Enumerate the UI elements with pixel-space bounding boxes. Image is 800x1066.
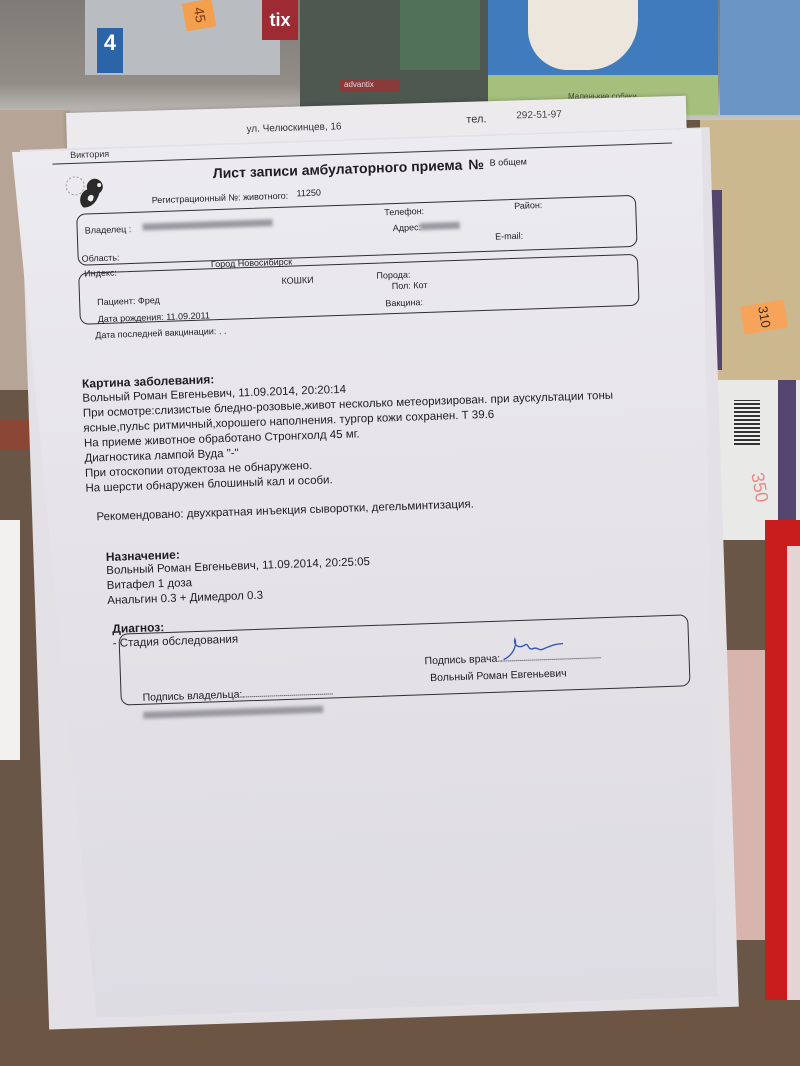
email-label: E-mail: (495, 231, 523, 242)
registration-label: Регистрационный №: животного: (152, 191, 289, 206)
last-vaccination-value: . . (219, 326, 227, 336)
clinic-phone-label: тел. (466, 113, 486, 126)
birth-date-value: 11.09.2011 (166, 310, 210, 321)
region-label: Область: (82, 252, 120, 263)
species-value: КОШКИ (281, 275, 313, 286)
visit-category: В общем (489, 156, 526, 167)
red-display-frame (765, 520, 800, 1066)
product-box-white (712, 380, 800, 540)
brand-logo: tix (262, 0, 298, 40)
clinic-address: ул. Челюскинцев, 16 (246, 121, 341, 135)
document-title-text: Лист записи амбулаторного приема (213, 157, 463, 181)
last-vaccination-label: Дата последней вакцинации: (95, 326, 216, 340)
sex-label: Пол: (392, 281, 411, 292)
pack-count-badge: 4 (97, 28, 123, 73)
birth-date-label: Дата рождения: (98, 312, 164, 324)
registration-number: 11250 (296, 188, 321, 199)
document-number-sign: № (468, 156, 484, 173)
product-label: advantix (340, 80, 400, 92)
prescription-line: Витафел 1 доза (107, 577, 193, 592)
doctor-signature-icon (499, 633, 570, 663)
left-shelf-white (0, 520, 20, 760)
prescription-title: Назначение: (106, 548, 180, 565)
owner-label: Владелец : (85, 224, 132, 236)
document-title: Лист записи амбулаторного приема№ (213, 156, 485, 181)
clinic-phone-value: 292-51-97 (516, 109, 562, 121)
breed-label: Порода: (376, 270, 410, 281)
vaccine-label: Вакцина: (385, 297, 423, 308)
clinical-line: Диагностика лампой Вуда "-" (84, 447, 239, 464)
red-frame-inner (787, 546, 800, 1066)
patient-name: Пациент: Фред (97, 295, 160, 307)
address-label: Адрес: (393, 222, 422, 233)
address-redacted (420, 220, 460, 231)
sex-value: Кот (413, 280, 428, 290)
dog-image (528, 0, 638, 70)
squirrel-logo-icon (63, 169, 115, 217)
district-label: Район: (514, 200, 543, 211)
product-stripe (778, 380, 796, 540)
front-sheet: Виктория Лист записи амбулаторного прием… (12, 129, 731, 1020)
patient-name-value: Фред (138, 295, 160, 306)
prescription-line: Анальгин 0.3 + Димедрол 0.3 (107, 590, 263, 607)
owner-signature-line (242, 693, 332, 697)
last-vaccination: Дата последней вакцинации: . . (95, 326, 226, 340)
barcode (734, 400, 760, 445)
product-box-blue (720, 0, 800, 115)
doctor-signature-label: Подпись врача: (424, 653, 500, 668)
phone-label: Телефон: (384, 206, 424, 217)
price-tag: 45 (182, 0, 216, 31)
clinic-name: Виктория (70, 149, 109, 160)
product-box-green (400, 0, 480, 70)
patient-name-label: Пациент: (97, 296, 136, 307)
sex-field: Пол: Кот (392, 280, 428, 291)
recommendation-line: Рекомендовано: двухкратная инъекция сыво… (96, 498, 474, 523)
owner-name-redacted (143, 704, 323, 720)
